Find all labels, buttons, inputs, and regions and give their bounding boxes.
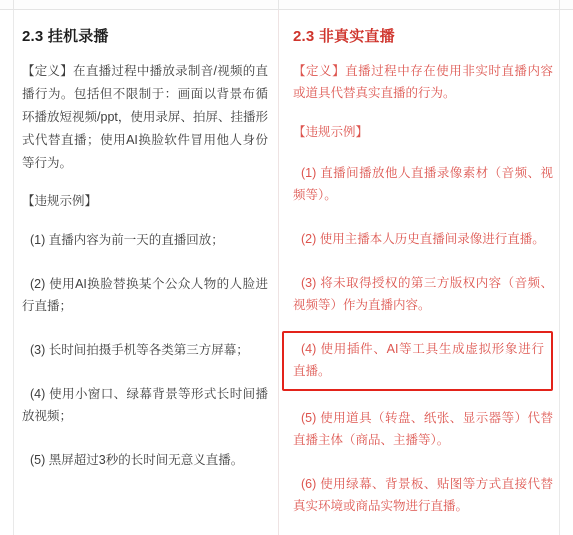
section-title: 2.3 挂机录播 <box>22 25 268 46</box>
definition-paragraph: 【定义】直播过程中存在使用非实时直播内容或道具代替真实直播的行为。 <box>293 60 553 104</box>
previous-row-border-sliver <box>0 0 573 10</box>
violation-item: (5) 使用道具（转盘、纸张、显示器等）代替直播主体（商品、主播等）。 <box>293 407 553 451</box>
violation-item: (1) 直播内容为前一天的直播回放； <box>22 229 268 251</box>
violation-item: (4) 使用小窗口、绿幕背景等形式长时间播放视频； <box>22 383 268 427</box>
violation-item: (1) 直播间播放他人直播录像素材（音频、视频等）。 <box>293 162 553 206</box>
section-recorded-playback: 2.3 挂机录播 【定义】在直播过程中播放录制音/视频的直播行为。包括但不限制于… <box>14 10 279 535</box>
violation-item: (5) 黑屏超过3秒的长时间无意义直播。 <box>22 449 268 471</box>
examples-label: 【违规示例】 <box>22 191 268 209</box>
section-title: 2.3 非真实直播 <box>293 25 553 46</box>
violation-item: (2) 使用主播本人历史直播间录像进行直播。 <box>293 228 553 250</box>
violation-item: (2) 使用AI换脸替换某个公众人物的人脸进行直播； <box>22 273 268 317</box>
table-border-stub <box>559 0 560 9</box>
policy-document-page: 2.3 挂机录播 【定义】在直播过程中播放录制音/视频的直播行为。包括但不限制于… <box>0 0 573 535</box>
violation-item-highlighted: (4) 使用插件、AI等工具生成虚拟形象进行直播。 <box>293 338 544 382</box>
policy-comparison-row: 2.3 挂机录播 【定义】在直播过程中播放录制音/视频的直播行为。包括但不限制于… <box>13 10 573 535</box>
table-border-stub <box>13 0 14 9</box>
violation-item: (3) 长时间拍摄手机等各类第三方屏幕； <box>22 339 268 361</box>
definition-paragraph: 【定义】在直播过程中播放录制音/视频的直播行为。包括但不限制于：画面以背景布循环… <box>22 60 268 175</box>
violation-item: (6) 使用绿幕、背景板、贴图等方式直接代替真实环境或商品实物进行直播。 <box>293 473 553 517</box>
highlighted-violation-box: (4) 使用插件、AI等工具生成虚拟形象进行直播。 <box>282 331 553 391</box>
violation-item: (3) 将未取得授权的第三方版权内容（音频、视频等）作为直播内容。 <box>293 272 553 316</box>
section-non-genuine-live: 2.3 非真实直播 【定义】直播过程中存在使用非实时直播内容或道具代替真实直播的… <box>279 10 560 535</box>
examples-label: 【违规示例】 <box>293 122 553 140</box>
table-border-stub <box>278 0 279 9</box>
